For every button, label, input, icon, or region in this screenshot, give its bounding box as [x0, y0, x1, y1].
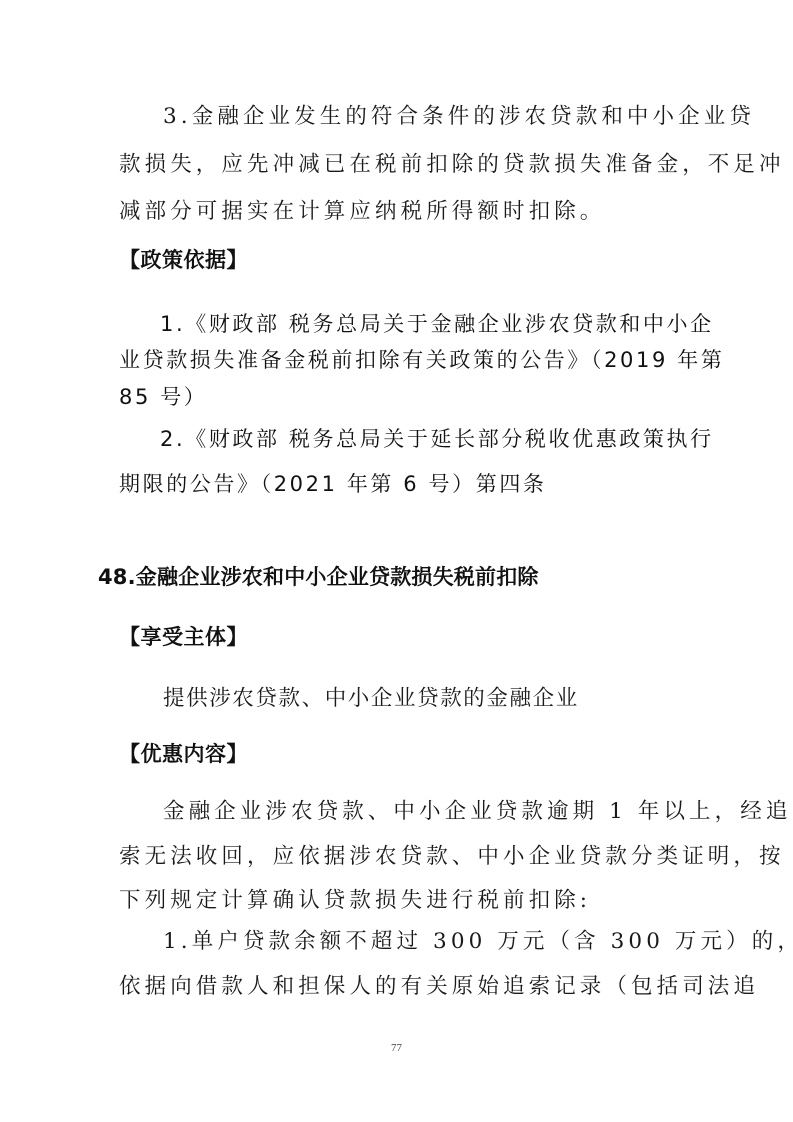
policy-basis-heading: 【政策依据】 — [119, 250, 248, 271]
section-title: 48.金融企业涉农和中小企业贷款损失税前扣除 — [98, 567, 539, 588]
policy-line: 2.《财政部 税务总局关于延长部分税收优惠政策执行 — [160, 429, 714, 450]
policy-line: 业贷款损失准备金税前扣除有关政策的公告》（2019 年第 — [119, 350, 724, 371]
paragraph-line: 1.单户贷款余额不超过 300 万元（含 300 万元）的，应 — [163, 931, 793, 953]
policy-line: 期限的公告》（2021 年第 6 号）第四条 — [119, 474, 547, 495]
paragraph-line: 依据向借款人和担保人的有关原始追索记录（包括司法追 — [119, 976, 759, 998]
paragraph-line: 下列规定计算确认贷款损失进行税前扣除: — [119, 890, 591, 912]
policy-line: 85 号） — [119, 387, 207, 408]
page-number: 77 — [0, 1042, 793, 1054]
paragraph-line: 款损失，应先冲减已在税前扣除的贷款损失准备金，不足冲 — [119, 154, 785, 176]
paragraph-line: 减部分可据实在计算应纳税所得额时扣除。 — [119, 201, 605, 223]
benefit-heading: 【优惠内容】 — [119, 744, 248, 765]
beneficiary-heading: 【享受主体】 — [119, 627, 248, 648]
policy-line: 1.《财政部 税务总局关于金融企业涉农贷款和中小企 — [160, 314, 714, 335]
paragraph-line: 索无法收回，应依据涉农贷款、中小企业贷款分类证明，按 — [119, 846, 785, 868]
paragraph-line: 金融企业涉农贷款、中小企业贷款逾期 1 年以上，经追 — [163, 801, 791, 823]
beneficiary-text: 提供涉农贷款、中小企业贷款的金融企业 — [163, 688, 579, 710]
paragraph-line: 3.金融企业发生的符合条件的涉农贷款和中小企业贷 — [163, 106, 755, 128]
